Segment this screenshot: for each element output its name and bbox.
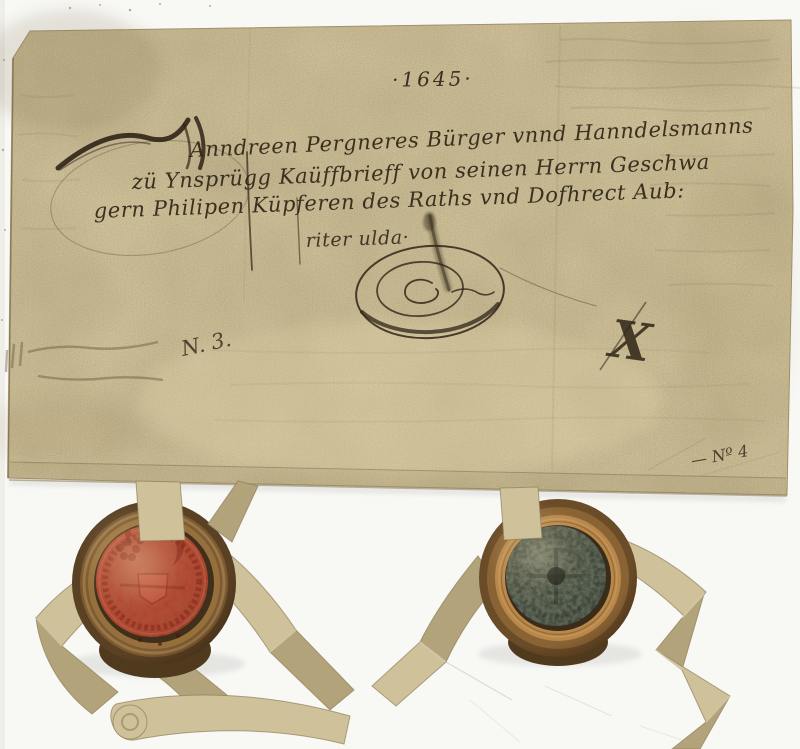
scan-edge-shade [0,0,5,749]
strap-right-vertical [500,487,542,540]
date-1645: ·1645· [392,66,474,91]
document-scan: ·1645· Anndreen Pergneres Bürger vnnd Ha… [0,0,800,749]
charter-scan-svg: ·1645· Anndreen Pergneres Bürger vnnd Ha… [0,0,800,749]
ribbon-roll-end [113,705,147,739]
text-line-4: riter ulda· [305,226,409,252]
stain [680,160,800,440]
strap-left-vertical [136,481,185,541]
